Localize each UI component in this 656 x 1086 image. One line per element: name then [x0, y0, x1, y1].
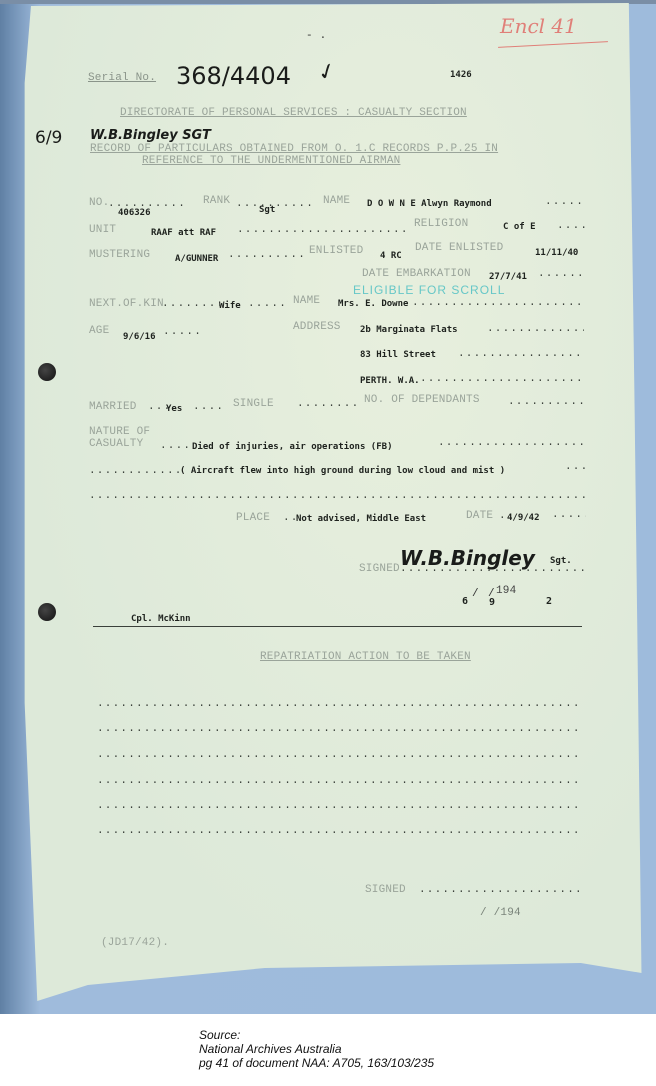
margin-date: 6/9: [35, 128, 62, 148]
dot-leader: ......................: [89, 465, 179, 477]
dot-leader: ......................: [228, 249, 303, 261]
dot-leader: .......: [552, 509, 586, 521]
enlisted-value: 4 RC: [380, 251, 402, 261]
religion-value: C of E: [503, 222, 536, 232]
address-line-3: PERTH. W.A.: [360, 376, 420, 386]
dot-leader: ......: [160, 440, 188, 452]
dot-leader: ..: [499, 510, 507, 522]
married-label: MARRIED: [89, 401, 137, 413]
age-value: 9/6/16: [123, 332, 156, 342]
dependants-label: NO. OF DEPENDANTS: [364, 394, 480, 406]
dot-leader: ........................................…: [420, 373, 584, 385]
form-number: 1426: [450, 70, 472, 80]
dot-leader: ..................................: [458, 348, 584, 360]
dot-leader: .........: [538, 268, 584, 280]
repatriation-line-5[interactable]: ........................................…: [97, 800, 581, 812]
dot-leader: ........................................…: [237, 224, 407, 236]
clerk-name: Cpl. McKinn: [131, 614, 191, 624]
dot-leader: .......: [557, 220, 585, 232]
nature-label-1: NATURE OF: [89, 426, 150, 438]
dot-leader: ...............: [162, 298, 222, 310]
unit-value: RAAF att RAF: [151, 228, 216, 238]
service-number: 406326: [118, 208, 151, 218]
dot-leader: ....: [565, 461, 587, 473]
record-heading-line1: RECORD OF PARTICULARS OBTAINED FROM O. 1…: [90, 143, 498, 155]
record-heading-line2: REFERENCE TO THE UNDERMENTIONED AIRMAN: [142, 155, 400, 167]
mustering-value: A/GUNNER: [175, 254, 218, 264]
rank-label: RANK: [203, 195, 230, 207]
address-label: ADDRESS: [293, 321, 341, 333]
punch-hole: [38, 603, 56, 621]
repatriation-signature-line[interactable]: ........................................: [419, 884, 581, 896]
punch-hole: [38, 363, 56, 381]
source-label: Source:: [199, 1028, 434, 1042]
stray-marks: - .: [306, 30, 326, 42]
source-reference: pg 41 of document NAA: A705, 163/103/235: [199, 1056, 434, 1070]
repatriation-line-4[interactable]: ........................................…: [97, 775, 581, 787]
dot-leader: ........: [248, 298, 288, 310]
dot-leader: ...................: [508, 396, 584, 408]
date-embarkation-value: 27/7/41: [489, 272, 527, 282]
eligible-stamp: ELIGIBLE FOR SCROLL: [353, 283, 505, 297]
signed-label: SIGNED: [359, 563, 400, 575]
single-label: SINGLE: [233, 398, 274, 410]
dot-leader: .........: [163, 326, 203, 338]
repatriation-signed-label: SIGNED: [365, 884, 406, 896]
nok-name-label: NAME: [293, 295, 320, 307]
dot-leader: ....................................: [438, 437, 586, 449]
source-archive: National Archives Australia: [199, 1042, 434, 1056]
signed-date-year-prefix: 194: [496, 585, 516, 597]
religion-label: RELIGION: [414, 218, 468, 230]
repatriation-heading: REPATRIATION ACTION TO BE TAKEN: [260, 651, 471, 663]
mustering-label: MUSTERING: [89, 249, 150, 261]
signed-date-month: 9: [489, 597, 495, 608]
nature-value-1: Died of injuries, air operations (FB): [192, 442, 392, 452]
married-value: Yes: [166, 404, 182, 414]
date-slash: /: [472, 588, 479, 600]
date-enlisted-label: DATE ENLISTED: [415, 242, 503, 254]
repatriation-line-1[interactable]: ........................................…: [97, 698, 581, 710]
section-divider: [93, 626, 582, 627]
date-embarkation-label: DATE EMBARKATION: [362, 268, 471, 280]
address-line-2: 83 Hill Street: [360, 350, 436, 360]
repatriation-line-3[interactable]: ........................................…: [97, 749, 581, 761]
repatriation-date: / /194: [480, 907, 521, 919]
dot-leader: ........................................…: [89, 490, 587, 502]
serial-label: Serial No.: [88, 72, 156, 84]
place-value: Not advised, Middle East: [296, 514, 426, 524]
dot-leader: .......................: [236, 198, 316, 210]
repatriation-line-6[interactable]: ........................................…: [97, 825, 581, 837]
next-of-kin-label: NEXT.OF.KIN: [89, 298, 164, 310]
source-caption: Source: National Archives Australia pg 4…: [199, 1028, 434, 1070]
nature-value-2: ( Aircraft flew into high ground during …: [180, 466, 505, 476]
dot-leader: ...............: [297, 398, 357, 410]
margin-signature: W.B.Bingley SGT: [90, 128, 211, 143]
age-label: AGE: [89, 325, 109, 337]
signed-rank: Sgt.: [550, 556, 572, 566]
serial-number: 368/4404: [176, 62, 291, 90]
date-label: DATE: [466, 510, 493, 522]
form-code: (JD17/42).: [101, 937, 169, 949]
dot-leader: ........................................…: [412, 297, 584, 309]
name-label: NAME: [323, 195, 350, 207]
directorate-heading: DIRECTORATE OF PERSONAL SERVICES : CASUA…: [120, 107, 467, 119]
dot-leader: ..........: [545, 196, 585, 208]
dot-leader: ..........................: [487, 323, 584, 335]
name-value: D O W N E Alwyn Raymond: [367, 199, 492, 209]
date-value: 4/9/42: [507, 513, 540, 523]
signed-date-day: 6: [462, 596, 468, 607]
nature-label-2: CASUALTY: [89, 438, 143, 450]
rank-value: Sgt: [259, 205, 275, 215]
date-enlisted-value: 11/11/40: [535, 248, 578, 258]
repatriation-line-2[interactable]: ........................................…: [97, 723, 581, 735]
no-label: NO.: [89, 197, 109, 209]
dot-leader: ...: [283, 512, 297, 524]
place-label: PLACE: [236, 512, 270, 524]
unit-label: UNIT: [89, 224, 116, 236]
signed-date-year-suffix: 2: [546, 596, 552, 607]
encl-annotation: Encl 41: [500, 14, 577, 38]
enlisted-label: ENLISTED: [309, 245, 363, 257]
next-of-kin-value: Wife: [219, 301, 241, 311]
address-line-1: 2b Marginata Flats: [360, 325, 458, 335]
dot-leader: ......: [193, 401, 223, 413]
nok-name-value: Mrs. E. Downe: [338, 299, 408, 309]
signature: W.B.Bingley: [400, 546, 535, 570]
